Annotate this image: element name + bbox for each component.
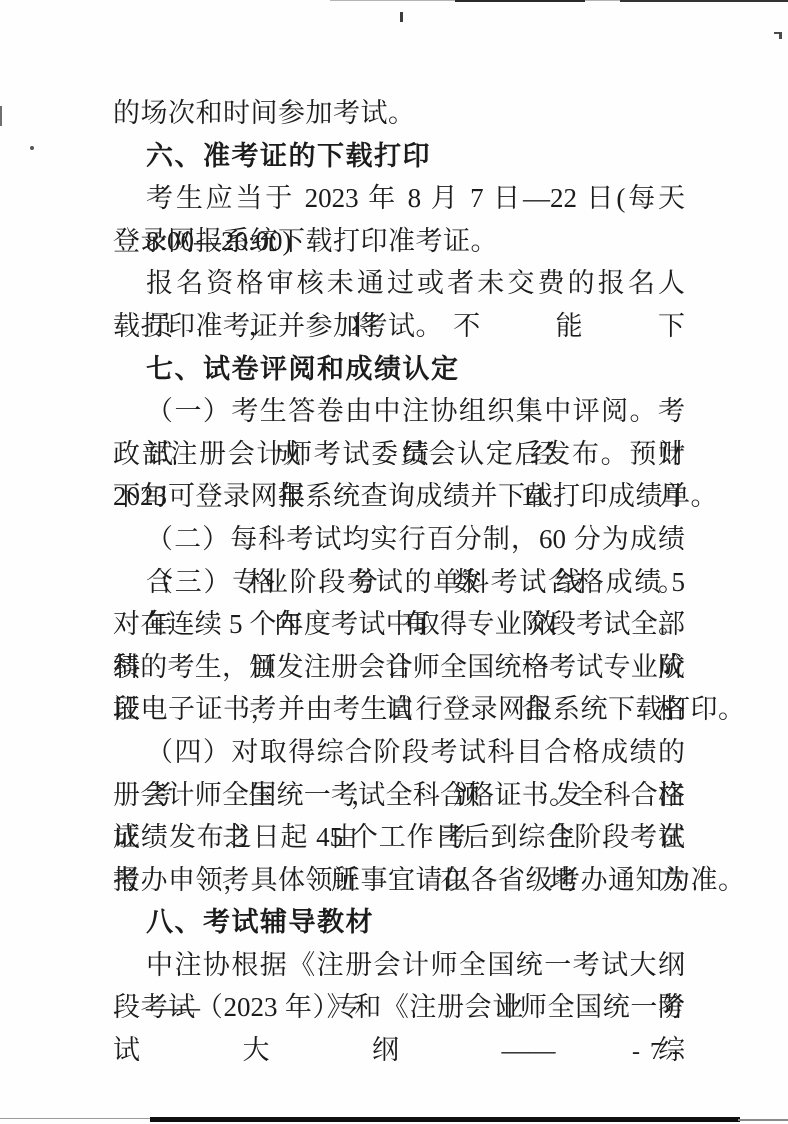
text-line: 政部注册会计师考试委员会认定后发布。预计 2023 年 11 月 [113,433,685,476]
text-line: 绩的考生，颁发注册会计师全国统一考试专业阶段考试合格 [113,646,685,689]
text-line: 册会计师全国统一考试全科合格证书。全科合格证书由考生在 [113,774,685,817]
text-line: 下旬可登录网报系统查询成绩并下载打印成绩单。 [113,475,685,518]
text-line: （三）专业阶段考试的单科考试合格成绩 5 年内有效。 [113,561,685,604]
text-line: 对在连续 5 个年度考试中取得专业阶段考试全部科目合格成 [113,603,685,646]
section-heading-6: 六、准考证的下载打印 [113,135,685,178]
text-line: 证电子证书，并由考生自行登录网报系统下载打印。 [113,688,685,731]
scanned-document-page: 的场次和时间参加考试。 六、准考证的下载打印 考生应当于 2023 年 8 月 … [0,0,788,1124]
text-line: （一）考生答卷由中注协组织集中评阅。考试成绩经财 [113,390,685,433]
scan-artifact-speck [779,34,782,39]
scan-artifact-bottom-band [150,1117,740,1122]
text-line: （二）每科考试均实行百分制，60 分为成绩合格分数线。 [113,518,685,561]
section-heading-8: 八、考试辅导教材 [113,901,685,944]
scan-artifact-top-line-segment [620,0,788,2]
text-line: 成绩发布之日起 45 个工作日后到综合阶段考试报考所在地方 [113,816,685,859]
scan-artifact-dot [30,146,34,150]
text-line: 登录网报系统下载打印准考证。 [113,220,685,263]
text-line: 段考试（2023 年）》和《注册会计师全国统一考试大纲——综 [113,986,685,1029]
text-line: 中注协根据《注册会计师全国统一考试大纲——专业阶 [113,944,685,987]
text-line: 的场次和时间参加考试。 [113,92,685,135]
text-line: （四）对取得综合阶段考试科目合格成绩的考生，颁发注 [113,731,685,774]
scan-artifact-bottom-line [738,1119,788,1121]
text-line: 考生应当于 2023 年 8 月 7 日—22 日(每天 8:00—20:00) [113,177,685,220]
document-text-block: 的场次和时间参加考试。 六、准考证的下载打印 考生应当于 2023 年 8 月 … [113,92,685,1029]
page-number: - 7 - [632,1038,682,1066]
scan-artifact-left-edge [0,106,2,126]
section-heading-7: 七、试卷评阅和成绩认定 [113,348,685,391]
text-line: 考办申领，具体领证事宜请以各省级考办通知为准。 [113,859,685,902]
scan-artifact-speck [400,12,403,22]
scan-artifact-top-line-segment [455,0,585,2]
text-line: 报名资格审核未通过或者未交费的报名人员，将不能下 [113,262,685,305]
